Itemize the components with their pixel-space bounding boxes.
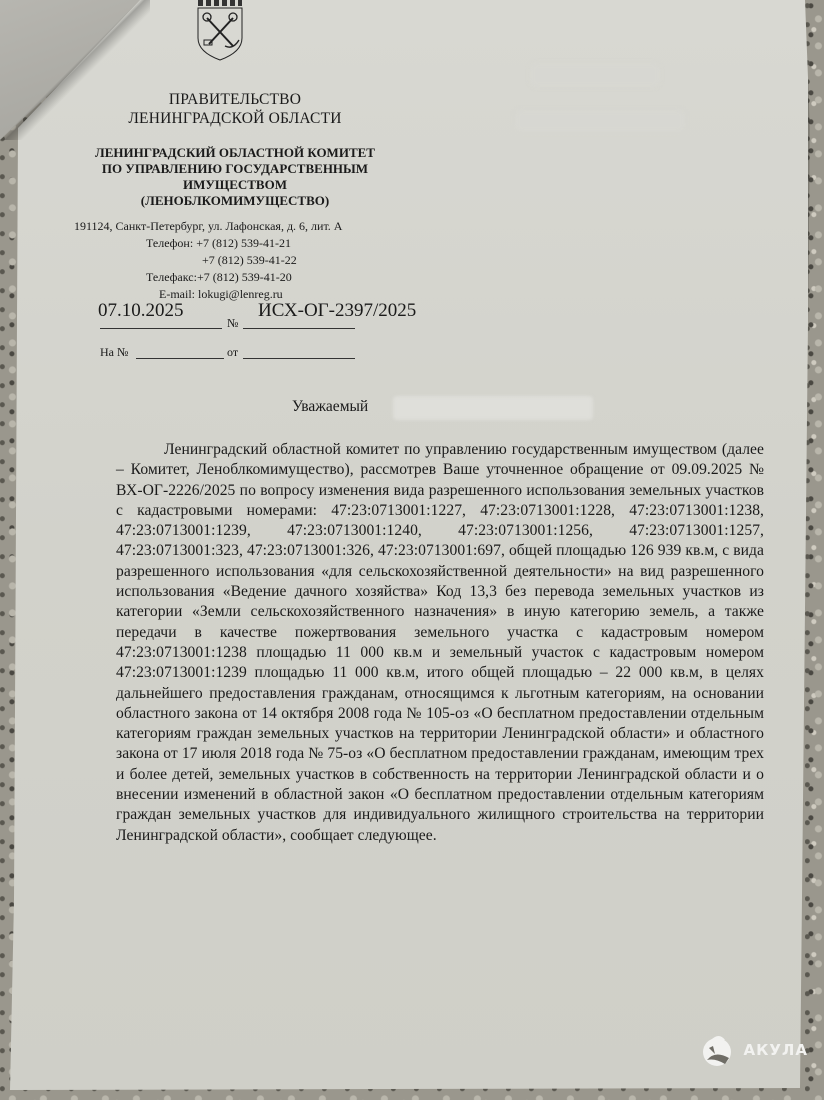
- committee-line-1: ЛЕНИНГРАДСКИЙ ОБЛАСТНОЙ КОМИТЕТ: [70, 145, 400, 161]
- outgoing-number: ИСХ-ОГ-2397/2025: [258, 300, 416, 322]
- redacted-recipient-name: [530, 63, 660, 87]
- reply-to-underline: [136, 358, 224, 359]
- reply-from-underline: [243, 358, 355, 359]
- watermark-label: АКУЛА: [743, 1041, 808, 1059]
- contact-block: 191124, Санкт-Петербург, ул. Лафонская, …: [60, 218, 400, 303]
- leningrad-oblast-coat-of-arms-icon: [195, 0, 245, 62]
- redacted-addressee: [393, 396, 593, 420]
- committee-line-4: (ЛЕНОБЛКОМИМУЩЕСТВО): [70, 193, 400, 209]
- committee-line-3: ИМУЩЕСТВОМ: [70, 177, 400, 193]
- government-line-1: ПРАВИТЕЛЬСТВО: [110, 90, 360, 109]
- fax: Телефакс:+7 (812) 539-41-20: [60, 269, 400, 286]
- shark-logo-icon: [699, 1032, 735, 1068]
- government-header: ПРАВИТЕЛЬСТВО ЛЕНИНГРАДСКОЙ ОБЛАСТИ: [110, 90, 360, 128]
- government-line-2: ЛЕНИНГРАДСКОЙ ОБЛАСТИ: [110, 109, 360, 128]
- number-underline: [243, 328, 355, 329]
- outgoing-date: 07.10.2025: [98, 300, 184, 322]
- salutation: Уважаемый: [292, 398, 368, 416]
- phone-2: +7 (812) 539-41-22: [60, 252, 400, 269]
- number-sign: №: [227, 316, 238, 331]
- committee-line-2: ПО УПРАВЛЕНИЮ ГОСУДАРСТВЕННЫМ: [70, 161, 400, 177]
- letter-body: Ленинградский областной комитет по управ…: [116, 440, 764, 846]
- address: 191124, Санкт-Петербург, ул. Лафонская, …: [60, 218, 400, 235]
- phone-1: Телефон: +7 (812) 539-41-21: [60, 235, 400, 252]
- reply-to-label: На №: [100, 345, 128, 360]
- committee-header: ЛЕНИНГРАДСКИЙ ОБЛАСТНОЙ КОМИТЕТ ПО УПРАВ…: [70, 145, 400, 209]
- date-underline: [100, 328, 222, 329]
- redacted-recipient-address: [515, 110, 685, 132]
- watermark: АКУЛА: [699, 1032, 808, 1068]
- reply-from-label: от: [227, 345, 238, 360]
